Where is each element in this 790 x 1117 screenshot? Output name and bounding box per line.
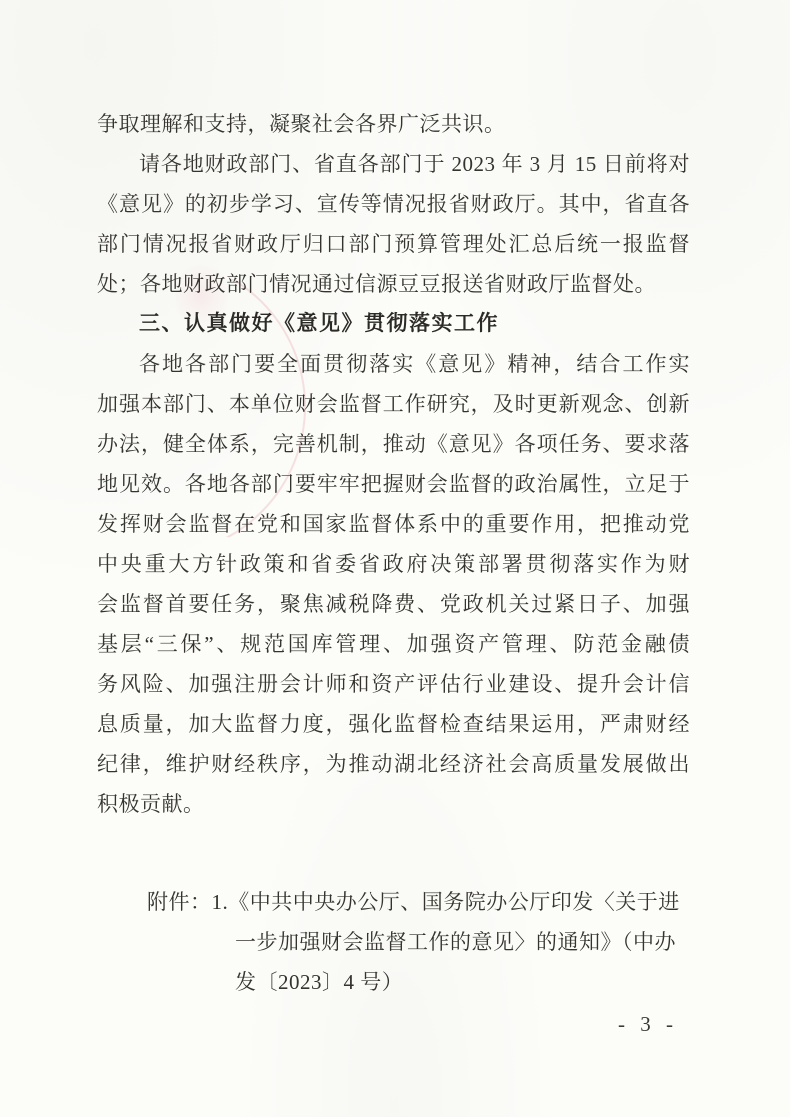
- body-line: 请各地财政部门、省直各部门于 2023 年 3 月 15 日前将对: [97, 144, 690, 184]
- body-line: 发挥财会监督在党和国家监督体系中的重要作用，把推动党: [97, 504, 690, 544]
- body-line: 办法，健全体系，完善机制，推动《意见》各项任务、要求落: [97, 424, 690, 464]
- body-line: 务风险、加强注册会计师和资产评估行业建设、提升会计信: [97, 664, 690, 704]
- section-heading: 三、认真做好《意见》贯彻落实工作: [97, 304, 690, 344]
- body-line: 地见效。各地各部门要牢牢把握财会监督的政治属性，立足于: [97, 464, 690, 504]
- page-number: - 3 -: [618, 1012, 678, 1037]
- body-line: 《意见》的初步学习、宣传等情况报省财政厅。其中，省直各: [97, 184, 690, 224]
- attachment-line: 一步加强财会监督工作的意见〉的通知》（中办: [97, 922, 690, 962]
- attachment-block: 附件：1.《中共中央办公厅、国务院办公厅印发〈关于进 一步加强财会监督工作的意见…: [97, 882, 690, 1002]
- body-line: 会监督首要任务，聚焦减税降费、党政机关过紧日子、加强: [97, 584, 690, 624]
- body-line: 息质量，加大监督力度，强化监督检查结果运用，严肃财经: [97, 704, 690, 744]
- scanned-document-page: 争取理解和支持，凝聚社会各界广泛共识。 请各地财政部门、省直各部门于 2023 …: [0, 0, 790, 1117]
- body-line: 处；各地财政部门情况通过信源豆豆报送省财政厅监督处。: [97, 264, 690, 304]
- body-line: 部门情况报省财政厅归口部门预算管理处汇总后统一报监督: [97, 224, 690, 264]
- body-line: 争取理解和支持，凝聚社会各界广泛共识。: [97, 104, 690, 144]
- body-line: 基层“三保”、规范国库管理、加强资产管理、防范金融债: [97, 624, 690, 664]
- body-line: 中央重大方针政策和省委省政府决策部署贯彻落实作为财: [97, 544, 690, 584]
- attachment-line: 发〔2023〕4 号）: [97, 962, 690, 1002]
- body-line: 加强本部门、本单位财会监督工作研究，及时更新观念、创新: [97, 384, 690, 424]
- document-body: 争取理解和支持，凝聚社会各界广泛共识。 请各地财政部门、省直各部门于 2023 …: [97, 104, 690, 1002]
- body-line: 积极贡献。: [97, 784, 690, 824]
- body-line: 纪律，维护财经秩序，为推动湖北经济社会高质量发展做出: [97, 744, 690, 784]
- attachment-line: 附件：1.《中共中央办公厅、国务院办公厅印发〈关于进: [97, 882, 690, 922]
- body-line: 各地各部门要全面贯彻落实《意见》精神，结合工作实际，: [97, 344, 690, 384]
